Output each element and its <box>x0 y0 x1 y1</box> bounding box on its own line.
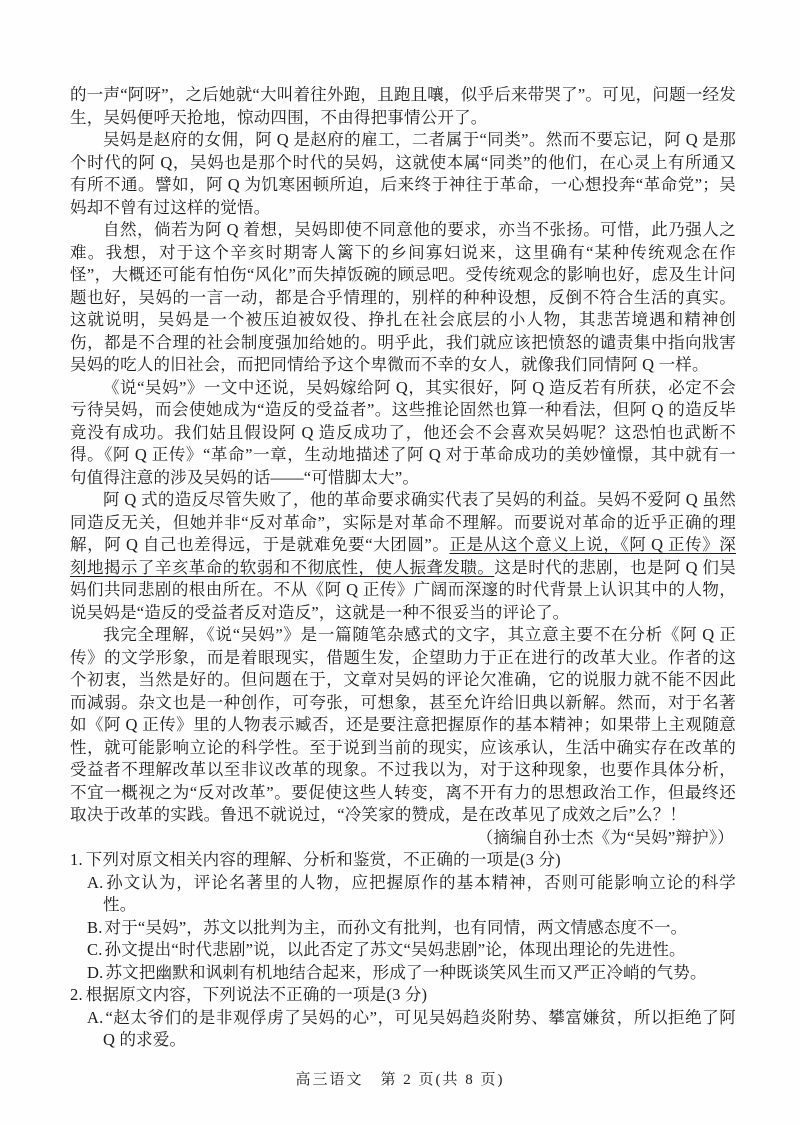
question-stem: 2.根据原文内容，下列说法不正确的一项是(3 分) <box>70 984 736 1007</box>
question: 2.根据原文内容，下列说法不正确的一项是(3 分)A.“赵太爷们的是非观俘虏了吴… <box>70 984 736 1052</box>
paragraph-text: 的一声“阿呀”，之后她就“大叫着往外跑，且跑且嚷，似乎后来带哭了”。可见，问题一… <box>70 85 736 127</box>
question: 1.下列对原文相关内容的理解、分析和鉴赏，不正确的一项是(3 分)A.孙文认为，… <box>70 849 736 984</box>
questions-section: 1.下列对原文相关内容的理解、分析和鉴赏，不正确的一项是(3 分)A.孙文认为，… <box>70 849 736 1052</box>
option-text: 孙文认为，评论名著里的人物，应把握原作的基本精神，否则可能影响立论的科学性。 <box>103 873 736 915</box>
paragraph: 的一声“阿呀”，之后她就“大叫着往外跑，且跑且嚷，似乎后来带哭了”。可见，问题一… <box>70 84 736 129</box>
paragraph-text: 我完全理解，《说“吴妈”》是一篇随笔杂感式的文字，其立意主要不在分析《阿 Q 正… <box>70 625 736 824</box>
option-b: B.对于“吴妈”，苏文以批判为主，而孙文有批判，也有同情，两文情感态度不一。 <box>70 917 736 940</box>
option-text: 孙文提出“时代悲剧”说，以此否定了苏文“吴妈悲剧”论，体现出理论的先进性。 <box>105 940 686 959</box>
option-text: “赵太爷们的是非观俘虏了吴妈的心”，可见吴妈趋炎附势、攀富嫌贫，所以拒绝了阿 Q… <box>103 1008 736 1050</box>
paragraph-text: 自然，倘若为阿 Q 着想，吴妈即使不同意他的要求，亦当不张扬。可惜，此乃强人之难… <box>70 220 736 374</box>
option-text: 对于“吴妈”，苏文以批判为主，而孙文有批判，也有同情，两文情感态度不一。 <box>105 918 688 937</box>
paragraph: 《说“吴妈”》一文中还说，吴妈嫁给阿 Q，其实很好，阿 Q 造反若有所获，必定不… <box>70 377 736 490</box>
option-a: A.“赵太爷们的是非观俘虏了吴妈的心”，可见吴妈趋炎附势、攀富嫌贫，所以拒绝了阿… <box>70 1007 736 1052</box>
question-number: 1. <box>70 850 83 869</box>
passage-paragraphs: 的一声“阿呀”，之后她就“大叫着往外跑，且跑且嚷，似乎后来带哭了”。可见，问题一… <box>70 84 736 827</box>
page-footer: 高三语文 第 2 页(共 8 页) <box>0 1068 800 1089</box>
option-label: D. <box>87 963 103 982</box>
question-number: 2. <box>70 985 83 1004</box>
option-text: 苏文把幽默和讽刺有机地结合起来，形成了一种既谈笑风生而又严正冷峭的气势。 <box>105 963 706 982</box>
paragraph: 吴妈是赵府的女佣，阿 Q 是赵府的雇工，二者属于“同类”。然而不要忘记，阿 Q … <box>70 129 736 219</box>
paragraph: 阿 Q 式的造反尽管失败了，他的革命要求确实代表了吴妈的利益。吴妈不爱阿 Q 虽… <box>70 489 736 624</box>
option-label: C. <box>87 940 103 959</box>
option-d: D.苏文把幽默和讽刺有机地结合起来，形成了一种既谈笑风生而又严正冷峭的气势。 <box>70 962 736 985</box>
option-label: B. <box>87 918 103 937</box>
paragraph: 自然，倘若为阿 Q 着想，吴妈即使不同意他的要求，亦当不张扬。可惜，此乃强人之难… <box>70 219 736 377</box>
paragraph: 我完全理解，《说“吴妈”》是一篇随笔杂感式的文字，其立意主要不在分析《阿 Q 正… <box>70 624 736 827</box>
passage-attribution: （摘编自孙士杰《为“吴妈”辩护》） <box>70 827 736 850</box>
option-a: A.孙文认为，评论名著里的人物，应把握原作的基本精神，否则可能影响立论的科学性。 <box>70 872 736 917</box>
exam-page: 的一声“阿呀”，之后她就“大叫着往外跑，且跑且嚷，似乎后来带哭了”。可见，问题一… <box>0 0 800 1125</box>
option-label: A. <box>87 1008 103 1027</box>
question-stem: 1.下列对原文相关内容的理解、分析和鉴赏，不正确的一项是(3 分) <box>70 849 736 872</box>
reading-passage: 的一声“阿呀”，之后她就“大叫着往外跑，且跑且嚷，似乎后来带哭了”。可见，问题一… <box>70 84 736 1052</box>
question-stem-text: 根据原文内容，下列说法不正确的一项是(3 分) <box>86 985 427 1004</box>
option-label: A. <box>87 873 103 892</box>
paragraph-text: 《说“吴妈”》一文中还说，吴妈嫁给阿 Q，其实很好，阿 Q 造反若有所获，必定不… <box>70 378 736 487</box>
option-c: C.孙文提出“时代悲剧”说，以此否定了苏文“吴妈悲剧”论，体现出理论的先进性。 <box>70 939 736 962</box>
paragraph-text: 吴妈是赵府的女佣，阿 Q 是赵府的雇工，二者属于“同类”。然而不要忘记，阿 Q … <box>70 130 736 217</box>
question-stem-text: 下列对原文相关内容的理解、分析和鉴赏，不正确的一项是(3 分) <box>86 850 561 869</box>
